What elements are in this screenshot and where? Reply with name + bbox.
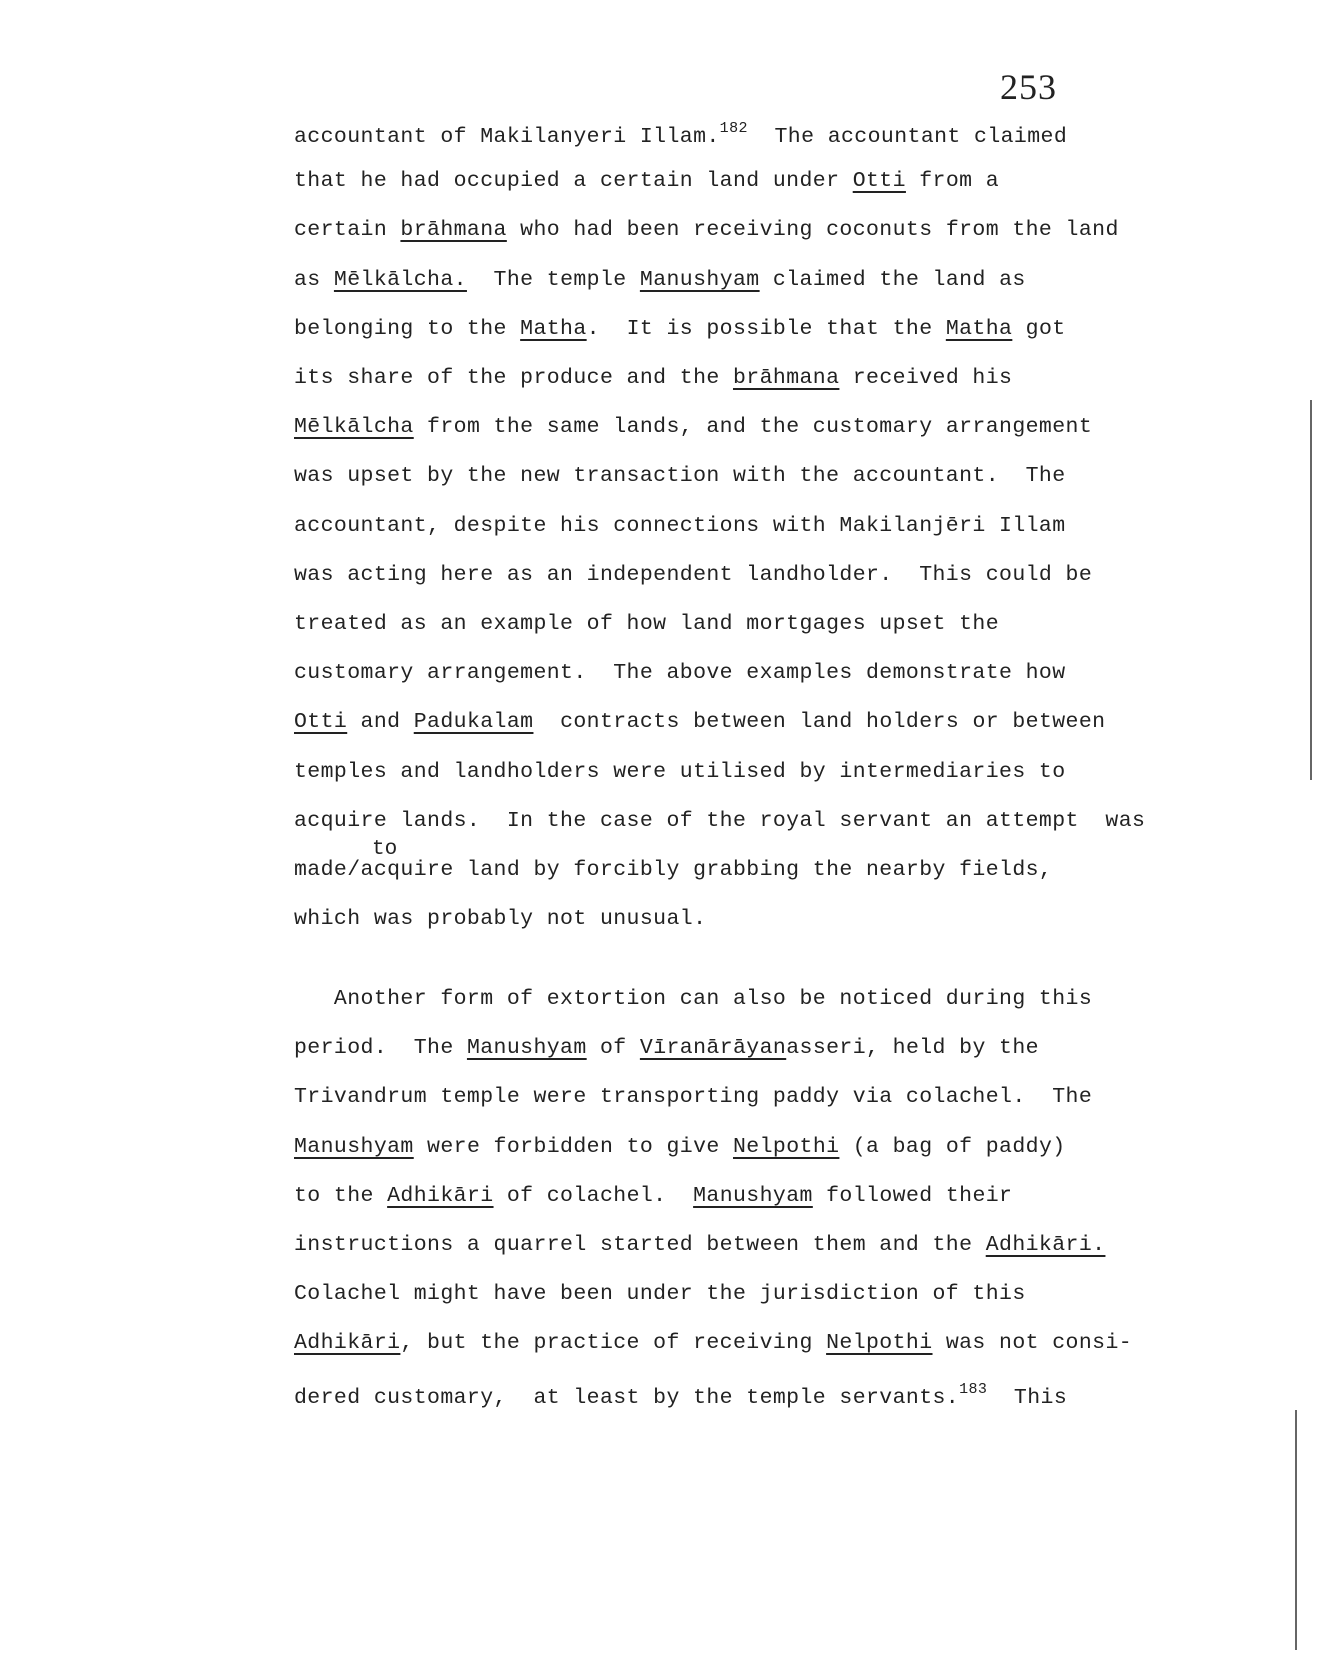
- text-line: acquire lands. In the case of the royal …: [294, 809, 1145, 833]
- text-line: temples and landholders were utilised by…: [294, 760, 1066, 784]
- underlined-term: Manushyam: [693, 1184, 813, 1208]
- text-line: which was probably not unusual.: [294, 907, 706, 931]
- text-line: Otti and Padukalam contracts between lan…: [294, 710, 1105, 734]
- underlined-term: Adhikāri: [294, 1331, 400, 1355]
- text-line: dered customary, at least by the temple …: [294, 1381, 1067, 1410]
- underlined-term: Adhikāri: [387, 1184, 493, 1208]
- underlined-term: Adhikāri.: [986, 1233, 1106, 1257]
- page-number: 253: [1000, 66, 1057, 108]
- text-line: treated as an example of how land mortga…: [294, 612, 999, 636]
- text-line: Adhikāri, but the practice of receiving …: [294, 1331, 1132, 1355]
- underlined-term: Manushyam: [640, 268, 760, 292]
- underlined-term: Mēlkālcha.: [334, 268, 467, 292]
- text-line: Another form of extortion can also be no…: [294, 987, 1092, 1011]
- text-line: Manushyam were forbidden to give Nelpoth…: [294, 1135, 1066, 1159]
- underlined-term: Mēlkālcha: [294, 415, 414, 439]
- underlined-term: Nelpothi: [733, 1135, 839, 1159]
- text-line: that he had occupied a certain land unde…: [294, 169, 999, 193]
- text-line: customary arrangement. The above example…: [294, 661, 1066, 685]
- underlined-term: Padukalam: [414, 710, 534, 734]
- text-line: Trivandrum temple were transporting padd…: [294, 1085, 1092, 1109]
- text-line: belonging to the Matha. It is possible t…: [294, 317, 1066, 341]
- underlined-term: Nelpothi: [826, 1331, 932, 1355]
- insertion-to: to: [372, 838, 397, 861]
- underlined-term: Matha: [520, 317, 587, 341]
- text-line: accountant, despite his connections with…: [294, 514, 1066, 538]
- margin-line: [1295, 1410, 1297, 1650]
- text-line: Mēlkālcha from the same lands, and the c…: [294, 415, 1092, 439]
- text-line: was acting here as an independent landho…: [294, 563, 1092, 587]
- footnote-ref: 182: [720, 120, 748, 137]
- text-line: as Mēlkālcha. The temple Manushyam claim…: [294, 268, 1026, 292]
- text-line: period. The Manushyam of Vīranārāyanasse…: [294, 1036, 1039, 1060]
- text-line: instructions a quarrel started between t…: [294, 1233, 1105, 1257]
- text-line: was upset by the new transaction with th…: [294, 464, 1066, 488]
- underlined-term: Otti: [294, 710, 347, 734]
- underlined-term: Manushyam: [294, 1135, 414, 1159]
- text-line: to the Adhikāri of colachel. Manushyam f…: [294, 1184, 1012, 1208]
- margin-line: [1310, 400, 1312, 780]
- footnote-ref: 183: [959, 1381, 987, 1398]
- text-line: its share of the produce and the brāhman…: [294, 366, 1012, 390]
- text-line: made/acquire land by forcibly grabbing t…: [294, 858, 1052, 882]
- underlined-term: Matha: [946, 317, 1013, 341]
- underlined-term: Otti: [853, 169, 906, 193]
- underlined-term: Vīranārāyan: [640, 1036, 786, 1060]
- underlined-term: Manushyam: [467, 1036, 587, 1060]
- underlined-term: brāhmana: [400, 218, 506, 242]
- underlined-term: brāhmana: [733, 366, 839, 390]
- text-line: certain brāhmana who had been receiving …: [294, 218, 1119, 242]
- text-line: accountant of Makilanyeri Illam.182 The …: [294, 120, 1067, 149]
- text-line: Colachel might have been under the juris…: [294, 1282, 1026, 1306]
